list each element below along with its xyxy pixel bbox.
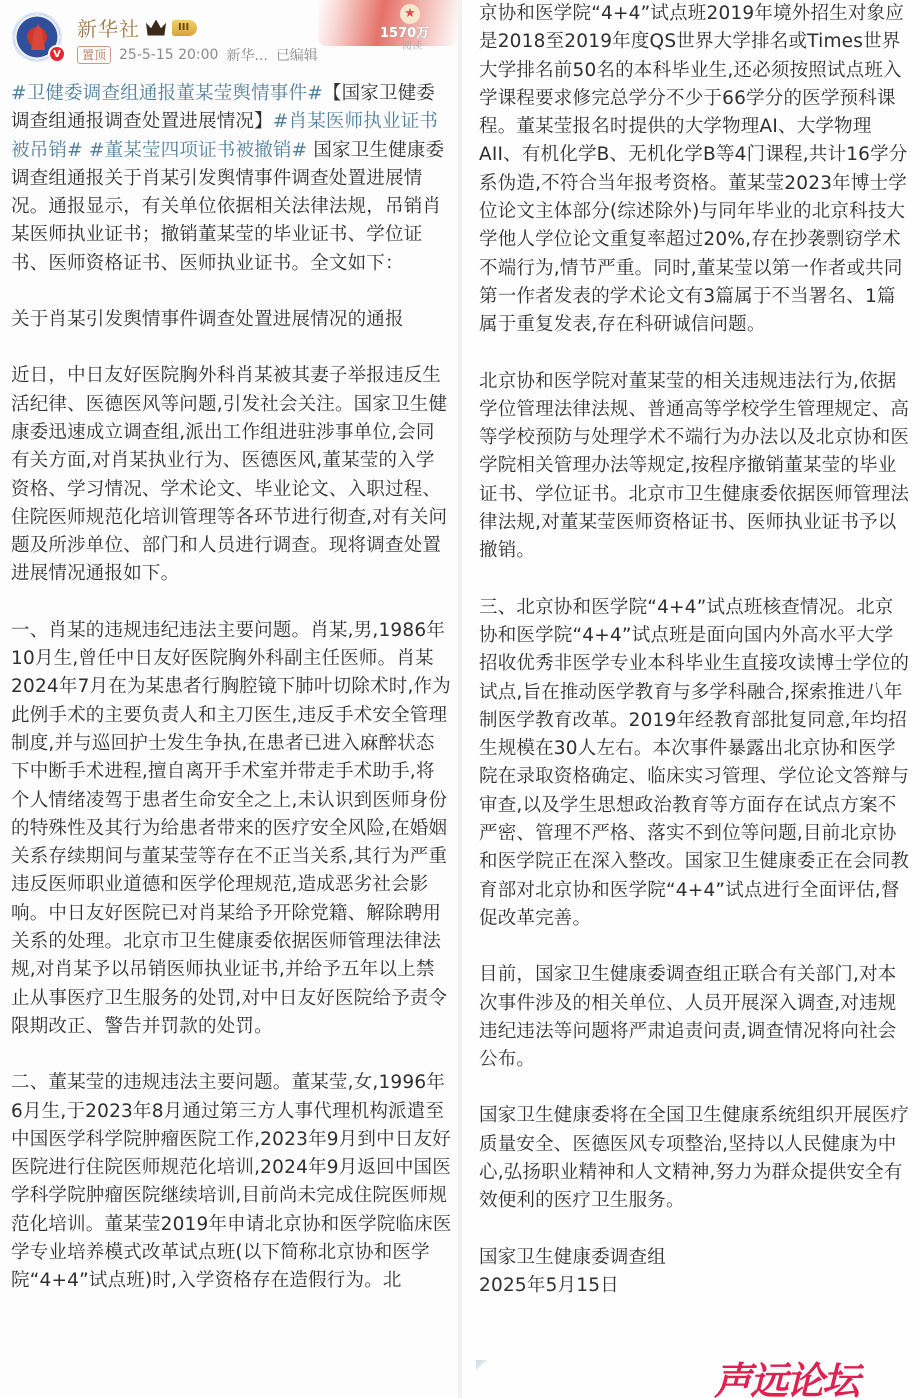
paragraph-rectification: 国家卫生健康委将在全国卫生健康系统组织开展医疗质量安全、医德医风专项整治,坚持以… [479, 1102, 911, 1215]
name-row: 新华社 III [77, 13, 197, 42]
paragraph-revocation: 北京协和医学院对董某莹的相关违规违法行为,依据学位管理法律法规、普通高等学校学生… [479, 368, 911, 566]
hashtag-link[interactable]: #卫健委调查组通报董某莹舆情事件# [11, 83, 323, 104]
paragraph-section-3: 三、北京协和医学院“4+4”试点班核查情况。北京协和医学院“4+4”试点班是面向… [479, 594, 911, 934]
right-column: 京协和医学院“4+4”试点班2019年境外招生对象应是2018至2019年度QS… [462, 0, 920, 1398]
intro-paragraph: #卫健委调查组通报董某莹舆情事件#【国家卫健委调查组通报调查处置进展情况】#肖某… [11, 80, 453, 278]
national-emblem-icon: ★ [400, 4, 420, 24]
signature-date: 2025年5月15日 [479, 1272, 911, 1300]
level-badge[interactable]: III [172, 20, 197, 36]
paragraph-section-2-part-2: 京协和医学院“4+4”试点班2019年境外招生对象应是2018至2019年度QS… [479, 0, 911, 340]
read-count-banner: ★ 1570万 阅读 [318, 0, 458, 46]
paragraph-section-2-part-1: 二、董某莹的违规违法主要问题。董某莹,女,1996年6月生,于2023年8月通过… [11, 1069, 453, 1295]
post-meta: 置顶 25-5-15 20:00 新华... 已编辑 [77, 45, 318, 65]
edited-label[interactable]: 已编辑 [276, 45, 318, 65]
pinned-tag: 置顶 [77, 46, 111, 64]
notice-title: 关于肖某引发舆情事件调查处置进展情况的通报 [11, 306, 453, 334]
hashtag-link[interactable]: #董某莹四项证书被撤销# [89, 140, 307, 161]
post-body-right: 京协和医学院“4+4”试点班2019年境外招生对象应是2018至2019年度QS… [479, 0, 911, 1300]
forum-watermark: 声远论坛 [714, 1350, 858, 1398]
post-body-left: #卫健委调查组通报董某莹舆情事件#【国家卫健委调查组通报调查处置进展情况】#肖某… [11, 80, 453, 1324]
paragraph-investigation: 目前，国家卫生健康委调查组正联合有关部门,对本次事件涉及的相关单位、人员开展深入… [479, 961, 911, 1074]
paragraph-intro: 近日，中日友好医院胸外科肖某被其妻子举报违反生活纪律、医德医风等问题,引发社会关… [11, 362, 453, 588]
signature-org: 国家卫生健康委调查组 [479, 1244, 911, 1272]
paragraph-section-1: 一、肖某的违规违纪违法主要问题。肖某,男,1986年10月生,曾任中日友好医院胸… [11, 617, 453, 1041]
verified-badge-icon: V [48, 45, 66, 63]
post-timestamp: 25-5-15 20:00 [119, 47, 218, 63]
crown-icon [146, 20, 166, 36]
left-column: V 新华社 III 置顶 25-5-15 20:00 新华... 已编辑 ★ 1… [0, 0, 458, 1398]
post-header: V 新华社 III 置顶 25-5-15 20:00 新华... 已编辑 ★ 1… [0, 0, 458, 76]
logo-tower-icon [31, 24, 45, 50]
read-label: 阅读 [402, 37, 422, 52]
post-source[interactable]: 新华... [226, 45, 267, 65]
user-name[interactable]: 新华社 [77, 13, 140, 42]
